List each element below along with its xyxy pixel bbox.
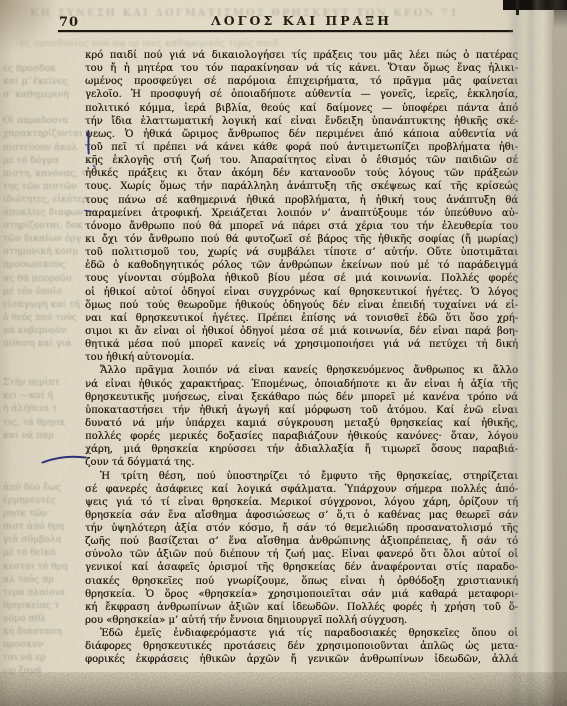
text-line: του ἠθική αὐτονομία. (85, 351, 518, 364)
showthrough-line: κει —καί ἡ (3, 389, 95, 402)
showthrough-line: καί μ’ ἐκείνες (3, 75, 95, 88)
binding-dark-band (503, 0, 567, 10)
text-line: τόνομο ἄνθρωπο πού θά μπορεῖ νά πάρει στ… (85, 220, 518, 233)
text-line: ὅμως πού τούς θεωροῦμε ἠθικούς ὁδηγούς δ… (85, 299, 518, 312)
text-line: ὑποκαταστήσει τήν ἠθική ἀγωγή καί μόρφωσ… (85, 404, 518, 417)
showthrough-line (3, 101, 95, 114)
showthrough-line (3, 468, 95, 481)
showthrough-line: γιά σύμβολα (3, 533, 95, 546)
text-line: ἠθικές πράξεις κι ὅταν ἀκόμη δέν κατανοο… (85, 167, 518, 180)
text-line: χάρη, μιά θρησκεία κηρύσσει τήν ἀδιαλλαξ… (85, 443, 518, 456)
showthrough-line: ἑρμηνευτές (3, 494, 95, 507)
text-line: παραμείνει ἀτροφική. Χρειάζεται λοιπόν ν… (85, 207, 518, 220)
text-line: σιακές θρησκεῖες πού γνωρίζουμε, ὅπως εἶ… (85, 575, 518, 588)
text-line: τοῦ πεῖ τί πρέπει νά κάνει κάθε φορά πού… (85, 141, 518, 154)
showthrough-line: τῶν δικαίων ὀργ (3, 232, 95, 245)
showthrough-line: νά κυβερνοῦν (3, 324, 95, 337)
showthrough-line: θρησκείας τ (3, 599, 95, 612)
showthrough-line: προσωπικούς (3, 258, 95, 271)
text-line: σιμοι κι ἄν εἶναι οἱ ἠθικοί ὁδηγοί μέσα … (85, 325, 518, 338)
showthrough-line (3, 363, 95, 376)
text-line: τοῦ πολιτισμοῦ του, χωρίς νά συμβάλει τί… (85, 246, 518, 259)
showthrough-line (3, 350, 95, 363)
text-line: τους πάνω σέ καθημερινά ἠθικά προβλήματα… (85, 194, 518, 207)
showthrough-line: στημονική κοσμ (3, 245, 95, 258)
text-line: ζωῆς πού βασίζεται σ’ ἕνα αἴσθημα ἀνθρώπ… (85, 535, 518, 548)
text-line: Ἄλλο πρᾶγμα λοιπόν νά εἶναι κανείς θρησκ… (85, 364, 518, 377)
text-line: Ἐδῶ ἐμεῖς ἐνδιαφερόμαστε γιά τίς παραδοσ… (85, 627, 518, 640)
text-line: θρησκευτικῆς μυήσεως, εἶναι ξεκάθαρο πώς… (85, 391, 518, 404)
showthrough-line (3, 442, 95, 455)
showthrough-line: προσκυν (3, 638, 95, 651)
showthrough-line (3, 455, 95, 468)
showthrough-line: πιστη, κανόνας, τ (3, 167, 95, 180)
showthrough-line: καί νά παρ (3, 429, 95, 442)
body-text: κρό παιδί πού γιά νά δικαιολογήσει τίς π… (85, 49, 518, 667)
showthrough-line: ιδιότητες, εἰκότερ (3, 193, 95, 206)
showthrough-line: ωρ ξανά (3, 664, 95, 677)
binding-dark-notch (516, 0, 519, 15)
page-number: 70 (59, 15, 79, 30)
showthrough-text-left-margin: ες προσδοκκαί μ’ ἐκείνεςσ’ καθημερινήΟἱ … (3, 62, 95, 677)
text-line: ψεις γιά τό τί εἶναι θρησκεία. Μερικοί σ… (85, 496, 518, 509)
text-line: γελοῖο. Ἡ προσφυγή σέ ὁποιαδήποτε αὐθεντ… (85, 88, 518, 101)
text-line: γενικοί καί ἀσαφεῖς ὁρισμοί τῆς θρησκεία… (85, 561, 518, 574)
showthrough-line: νόμο αθλ (3, 612, 95, 625)
text-line: ρου «θρησκεία» μ’ αὐτή τήν ἔννοια δημιου… (85, 614, 518, 627)
showthrough-line: μέ τό θεϊκό (3, 546, 95, 559)
text-line: τους γίνονται σύμβολα ἠθικοῦ βίου μέσα σ… (85, 272, 518, 285)
text-line: πολλές φορές μερικές δοξασίες παραβιάζου… (85, 430, 518, 443)
pen-mark-underline (43, 457, 86, 463)
text-line: κρό παιδί πού γιά νά δικαιολογήσει τίς π… (85, 49, 518, 62)
text-line: θρησκεία. Ὁ ὅρος «θρησκεία» χρησιμοποιεῖ… (85, 588, 518, 601)
showthrough-line: πιστεύουν ἀκολ (3, 141, 95, 154)
text-line: του ἤ ἡ μητέρα του τόν παρακίνησαν νά τί… (85, 62, 518, 75)
dirt-noise (0, 672, 567, 706)
text-line: ναι καί θρησκευτικοί ἡγέτες. Πρέπει ἐπίσ… (85, 312, 518, 325)
text-line: θρησκεία σάν ἕνα αἴσθημα ἀφοσιώσεως σ’ ὅ… (85, 509, 518, 522)
showthrough-line: τερα πλαίσια (3, 586, 95, 599)
text-line: τους. Χωρίς ὅμως τήν παράλληλη ἀνάπτυξη … (85, 180, 518, 193)
text-line: τήν ἴδια ἐλαττωματική λογική καί εἶναι ἔ… (85, 115, 518, 128)
running-title: ΛΟΓΟΣ ΚΑΙ ΠΡΑΞΗ (85, 13, 518, 28)
text-line: δυνατό νά μήν ὑπάρχει καμιά σύγκρουση με… (85, 417, 518, 430)
showthrough-line: αλ τούς πρ (3, 573, 95, 586)
showthrough-line: ται νά ερ (3, 651, 95, 664)
text-line: νά εἶναι ἠθικός χαρακτήρας. Ἑπομένως, ὁπ… (85, 378, 518, 391)
text-line: τήν ὑψηλότερη ἀξία στόν κόσμο, ἤ σάν τό … (85, 522, 518, 535)
showthrough-line: χαρακτηρίζονται (3, 127, 95, 140)
corner-shadow (0, 0, 60, 55)
text-line: θητικά μέσα πού μπορεῖ κανείς νά χρησιμο… (85, 338, 518, 351)
showthrough-line: ας θά μποροῦσ (3, 272, 95, 285)
text-line: κι ὄχι τόν ἄνθρωπο πού θά φυτοζωεῖ σέ βά… (85, 233, 518, 246)
showthrough-line: Οἱ παραδοσια (3, 114, 95, 127)
showthrough-text-subtop: ες προσδοκίες πού αφ ερ ινες καθημερινές… (20, 38, 500, 49)
showthrough-line: ὁ θεός πού τούς (3, 311, 95, 324)
text-line: ζουν τά δόγματά της. (85, 456, 518, 469)
text-line: πολιτικό κόμμα, ἱερά βιβλία, θεούς καί δ… (85, 102, 518, 115)
showthrough-line: στηρίζονται, δοκ (3, 219, 95, 232)
showthrough-line: Στήν περίπτ (3, 376, 95, 389)
book-edge-right (554, 0, 567, 706)
showthrough-line: πίθεση καί γιά (3, 337, 95, 350)
text-line: ἐδῶ ὁ καθοδηγητικός ρόλος τῶν ἀνθρώπων ἐ… (85, 259, 518, 272)
text-line: σύνολο τῶν ἀξιῶν πού διέπουν τή ζωή μας.… (85, 548, 518, 561)
text-line: Ἡ τρίτη θέση, πού ὑποστηρίζει τό ἔμφυτο … (85, 470, 518, 483)
showthrough-line: σ’ καθημερινή (3, 88, 95, 101)
text-line: ωμένος προσφεύγει σέ παρόμοια ἐπιχειρήμα… (85, 75, 518, 88)
showthrough-line: κή διάσταση (3, 625, 95, 638)
text-line: κή ἔκφραση ἀνθρωπίνων ἀξιῶν καί ἰδεωδῶν.… (85, 601, 518, 614)
header-rule (58, 30, 513, 32)
showthrough-line: μέ τό δόγμα (3, 154, 95, 167)
text-line: διάφορες θρησκευτικές προτάσεις δέν χρησ… (85, 640, 518, 653)
showthrough-line: τις, τά θρησκ (3, 416, 95, 429)
text-line: σέ φανερές ἀσάφειες καί λογικά σφάλματα.… (85, 483, 518, 496)
text-line: οἱ ἠθικοί αὐτοί ὁδηγοί εἶναι συγχρόνως κ… (85, 286, 518, 299)
text-line: ψεως. Ὁ ἠθικά ὥριμος ἄνθρωπος δέν περιμέ… (85, 128, 518, 141)
showthrough-line: ἀποκλίες διαφων (3, 206, 95, 219)
book-page-scan: 70 ΛΟΓΟΣ ΚΑΙ ΠΡΑΞΗ ΚΗ ΣΥΝΕΣΗ ΚΑΙ ΔΟΓΜΑΤΙ… (0, 0, 567, 706)
showthrough-line: ρησκ τῶν (3, 507, 95, 520)
bottom-dirt-band (0, 672, 567, 706)
showthrough-line: μέ τόν ὁποῖο (3, 285, 95, 298)
text-line: φορικές ἐκφράσεις ἠθικῶν ἀρχῶν ἤ γενικῶν… (85, 653, 518, 666)
showthrough-line: ες προσδοκ (3, 62, 95, 75)
showthrough-line: ἀπό δύο ἕως (3, 481, 95, 494)
showthrough-line: κεσται τό θρη (3, 560, 95, 573)
showthrough-line: ἡ ἀλήθεια τ (3, 402, 95, 415)
showthrough-line: εἰσαγωγή καί τή (3, 298, 95, 311)
showthrough-line: πιστ ἀπό θρη (3, 520, 95, 533)
text-line: κῆς ἐκλογῆς στή ζωή του. Ἀπαραίτητος εἶν… (85, 154, 518, 167)
showthrough-line: της τῶν πιστῶν (3, 180, 95, 193)
